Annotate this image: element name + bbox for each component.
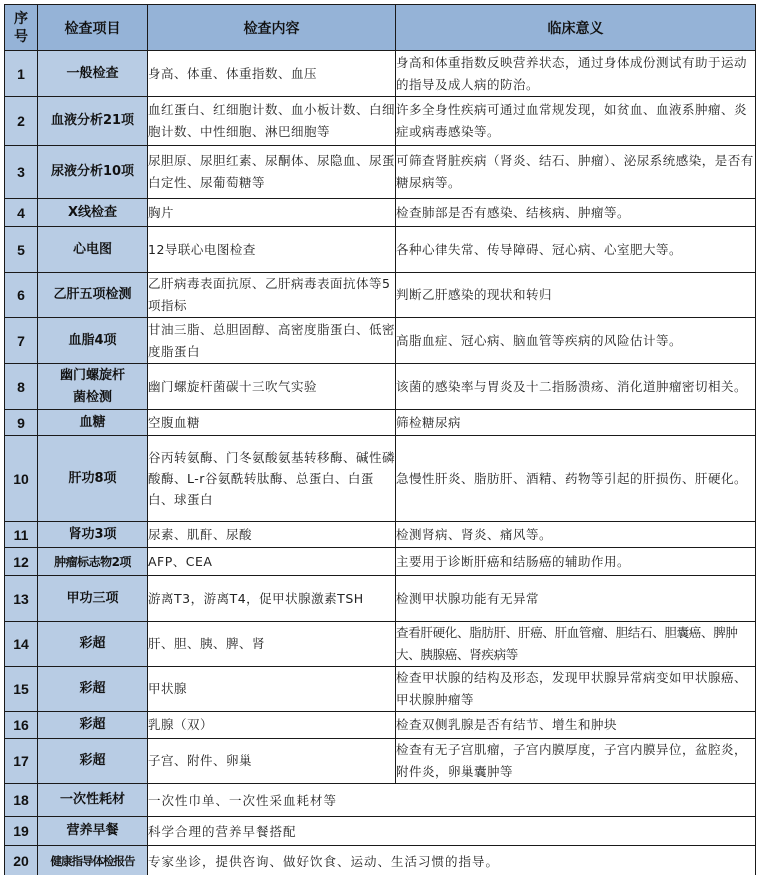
clinical-meaning: 查看肝硬化、脂肪肝、肝癌、肝血管瘤、胆结石、胆囊癌、脾肿大、胰腺癌、肾疾病等	[396, 622, 756, 667]
exam-content: 身高、体重、体重指数、血压	[148, 51, 396, 97]
exam-item: 心电图	[38, 227, 148, 273]
exam-content: 空腹血糖	[148, 410, 396, 436]
header-no: 序号	[5, 5, 38, 51]
clinical-meaning: 检查甲状腺的结构及形态，发现甲状腺异常病变如甲状腺癌、甲状腺肿瘤等	[396, 667, 756, 712]
exam-content: 谷丙转氨酶、门冬氨酸氨基转移酶、碱性磷酸酶、L-r谷氨酰转肽酶、总蛋白、白蛋白、…	[148, 436, 396, 522]
row-number: 3	[5, 146, 38, 199]
row-number: 17	[5, 739, 38, 784]
row-number: 7	[5, 318, 38, 364]
clinical-meaning: 急慢性肝炎、脂肪肝、酒精、药物等引起的肝损伤、肝硬化。	[396, 436, 756, 522]
clinical-meaning: 检查双侧乳腺是否有结节、增生和肿块	[396, 712, 756, 739]
exam-item: 血糖	[38, 410, 148, 436]
table-header-row: 序号 检查项目 检查内容 临床意义	[5, 5, 756, 51]
table-row: 10 肝功8项 谷丙转氨酶、门冬氨酸氨基转移酶、碱性磷酸酶、L-r谷氨酰转肽酶、…	[5, 436, 756, 522]
exam-item: 甲功三项	[38, 576, 148, 622]
table-row: 18 一次性耗材 一次性巾单、一次性采血耗材等	[5, 784, 756, 817]
clinical-meaning: 主要用于诊断肝癌和结肠癌的辅助作用。	[396, 548, 756, 576]
table-row: 14 彩超 肝、胆、胰、脾、肾 查看肝硬化、脂肪肝、肝癌、肝血管瘤、胆结石、胆囊…	[5, 622, 756, 667]
table-row: 8 幽门螺旋杆菌检测 幽门螺旋杆菌碳十三吹气实验 该菌的感染率与胃炎及十二指肠溃…	[5, 364, 756, 410]
clinical-meaning: 检测甲状腺功能有无异常	[396, 576, 756, 622]
clinical-meaning: 各种心律失常、传导障碍、冠心病、心室肥大等。	[396, 227, 756, 273]
exam-item: 血脂4项	[38, 318, 148, 364]
row-number: 13	[5, 576, 38, 622]
exam-item: X线检查	[38, 199, 148, 227]
row-number: 19	[5, 817, 38, 846]
clinical-meaning: 该菌的感染率与胃炎及十二指肠溃疡、消化道肿瘤密切相关。	[396, 364, 756, 410]
table-row: 4 X线检查 胸片 检查肺部是否有感染、结核病、肿瘤等。	[5, 199, 756, 227]
row-number: 11	[5, 522, 38, 548]
table-row: 7 血脂4项 甘油三脂、总胆固醇、高密度脂蛋白、低密度脂蛋白 高脂血症、冠心病、…	[5, 318, 756, 364]
table-row: 16 彩超 乳腺（双） 检查双侧乳腺是否有结节、增生和肿块	[5, 712, 756, 739]
exam-content: 乙肝病毒表面抗原、乙肝病毒表面抗体等5项指标	[148, 273, 396, 318]
row-number: 12	[5, 548, 38, 576]
exam-items-table: 序号 检查项目 检查内容 临床意义 1 一般检查 身高、体重、体重指数、血压 身…	[4, 4, 756, 875]
table-row: 13 甲功三项 游离T3，游离T4，促甲状腺激素TSH 检测甲状腺功能有无异常	[5, 576, 756, 622]
row-number: 8	[5, 364, 38, 410]
exam-content: 专家坐诊，提供咨询、做好饮食、运动、生活习惯的指导。	[148, 846, 756, 875]
clinical-meaning: 可筛查肾脏疾病（肾炎、结石、肿瘤）、泌尿系统感染，是否有糖尿病等。	[396, 146, 756, 199]
row-number: 18	[5, 784, 38, 817]
clinical-meaning: 高脂血症、冠心病、脑血管等疾病的风险估计等。	[396, 318, 756, 364]
exam-content: 幽门螺旋杆菌碳十三吹气实验	[148, 364, 396, 410]
exam-item: 幽门螺旋杆菌检测	[38, 364, 148, 410]
exam-item: 健康指导体检报告	[38, 846, 148, 875]
table-row: 20 健康指导体检报告 专家坐诊，提供咨询、做好饮食、运动、生活习惯的指导。	[5, 846, 756, 875]
row-number: 5	[5, 227, 38, 273]
exam-content: 乳腺（双）	[148, 712, 396, 739]
exam-item: 一般检查	[38, 51, 148, 97]
row-number: 4	[5, 199, 38, 227]
exam-content: 子宫、附件、卵巢	[148, 739, 396, 784]
exam-content: 胸片	[148, 199, 396, 227]
row-number: 10	[5, 436, 38, 522]
exam-content: 甲状腺	[148, 667, 396, 712]
table-row: 15 彩超 甲状腺 检查甲状腺的结构及形态，发现甲状腺异常病变如甲状腺癌、甲状腺…	[5, 667, 756, 712]
exam-content: 血红蛋白、红细胞计数、血小板计数、白细胞计数、中性细胞、淋巴细胞等	[148, 97, 396, 146]
exam-content: 科学合理的营养早餐搭配	[148, 817, 756, 846]
clinical-meaning: 检测肾病、肾炎、痛风等。	[396, 522, 756, 548]
clinical-meaning: 身高和体重指数反映营养状态，通过身体成份测试有助于运动的指导及成人病的防治。	[396, 51, 756, 97]
clinical-meaning: 许多全身性疾病可通过血常规发现，如贫血、血液系肿瘤、炎症或病毒感染等。	[396, 97, 756, 146]
exam-item: 肾功3项	[38, 522, 148, 548]
header-meaning: 临床意义	[396, 5, 756, 51]
table-row: 1 一般检查 身高、体重、体重指数、血压 身高和体重指数反映营养状态，通过身体成…	[5, 51, 756, 97]
row-number: 9	[5, 410, 38, 436]
clinical-meaning: 检查有无子宫肌瘤，子宫内膜厚度，子宫内膜异位，盆腔炎，附件炎，卵巢囊肿等	[396, 739, 756, 784]
exam-content: 甘油三脂、总胆固醇、高密度脂蛋白、低密度脂蛋白	[148, 318, 396, 364]
header-content: 检查内容	[148, 5, 396, 51]
table-row: 11 肾功3项 尿素、肌酐、尿酸 检测肾病、肾炎、痛风等。	[5, 522, 756, 548]
row-number: 6	[5, 273, 38, 318]
exam-item: 一次性耗材	[38, 784, 148, 817]
exam-item: 彩超	[38, 667, 148, 712]
table-row: 5 心电图 12导联心电图检查 各种心律失常、传导障碍、冠心病、心室肥大等。	[5, 227, 756, 273]
exam-content: 一次性巾单、一次性采血耗材等	[148, 784, 756, 817]
table-row: 9 血糖 空腹血糖 筛检糖尿病	[5, 410, 756, 436]
exam-content: 尿胆原、尿胆红素、尿酮体、尿隐血、尿蛋白定性、尿葡萄糖等	[148, 146, 396, 199]
exam-content: AFP、CEA	[148, 548, 396, 576]
exam-item: 彩超	[38, 622, 148, 667]
clinical-meaning: 筛检糖尿病	[396, 410, 756, 436]
exam-item: 彩超	[38, 712, 148, 739]
exam-item: 肿瘤标志物2项	[38, 548, 148, 576]
row-number: 1	[5, 51, 38, 97]
clinical-meaning: 判断乙肝感染的现状和转归	[396, 273, 756, 318]
exam-item: 营养早餐	[38, 817, 148, 846]
exam-content: 肝、胆、胰、脾、肾	[148, 622, 396, 667]
row-number: 16	[5, 712, 38, 739]
table-row: 12 肿瘤标志物2项 AFP、CEA 主要用于诊断肝癌和结肠癌的辅助作用。	[5, 548, 756, 576]
exam-item: 血液分析21项	[38, 97, 148, 146]
row-number: 15	[5, 667, 38, 712]
table-row: 2 血液分析21项 血红蛋白、红细胞计数、血小板计数、白细胞计数、中性细胞、淋巴…	[5, 97, 756, 146]
clinical-meaning: 检查肺部是否有感染、结核病、肿瘤等。	[396, 199, 756, 227]
header-item: 检查项目	[38, 5, 148, 51]
table-row: 6 乙肝五项检测 乙肝病毒表面抗原、乙肝病毒表面抗体等5项指标 判断乙肝感染的现…	[5, 273, 756, 318]
exam-item: 彩超	[38, 739, 148, 784]
exam-item: 肝功8项	[38, 436, 148, 522]
row-number: 2	[5, 97, 38, 146]
exam-item: 尿液分析10项	[38, 146, 148, 199]
row-number: 14	[5, 622, 38, 667]
table-row: 19 营养早餐 科学合理的营养早餐搭配	[5, 817, 756, 846]
exam-item: 乙肝五项检测	[38, 273, 148, 318]
table-row: 3 尿液分析10项 尿胆原、尿胆红素、尿酮体、尿隐血、尿蛋白定性、尿葡萄糖等 可…	[5, 146, 756, 199]
exam-content: 游离T3，游离T4，促甲状腺激素TSH	[148, 576, 396, 622]
exam-content: 12导联心电图检查	[148, 227, 396, 273]
exam-content: 尿素、肌酐、尿酸	[148, 522, 396, 548]
row-number: 20	[5, 846, 38, 875]
table-row: 17 彩超 子宫、附件、卵巢 检查有无子宫肌瘤，子宫内膜厚度，子宫内膜异位，盆腔…	[5, 739, 756, 784]
